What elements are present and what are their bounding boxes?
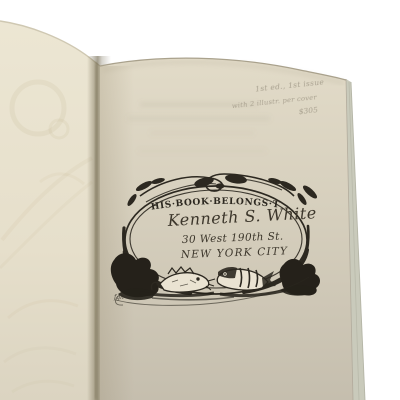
left-page <box>0 21 100 400</box>
book-photo-canvas: 1st ed., 1st issue with 2 illustr. per c… <box>0 0 400 400</box>
book-photograph: 1st ed., 1st issue with 2 illustr. per c… <box>0 0 400 400</box>
artist-signature: fgn <box>113 294 124 301</box>
